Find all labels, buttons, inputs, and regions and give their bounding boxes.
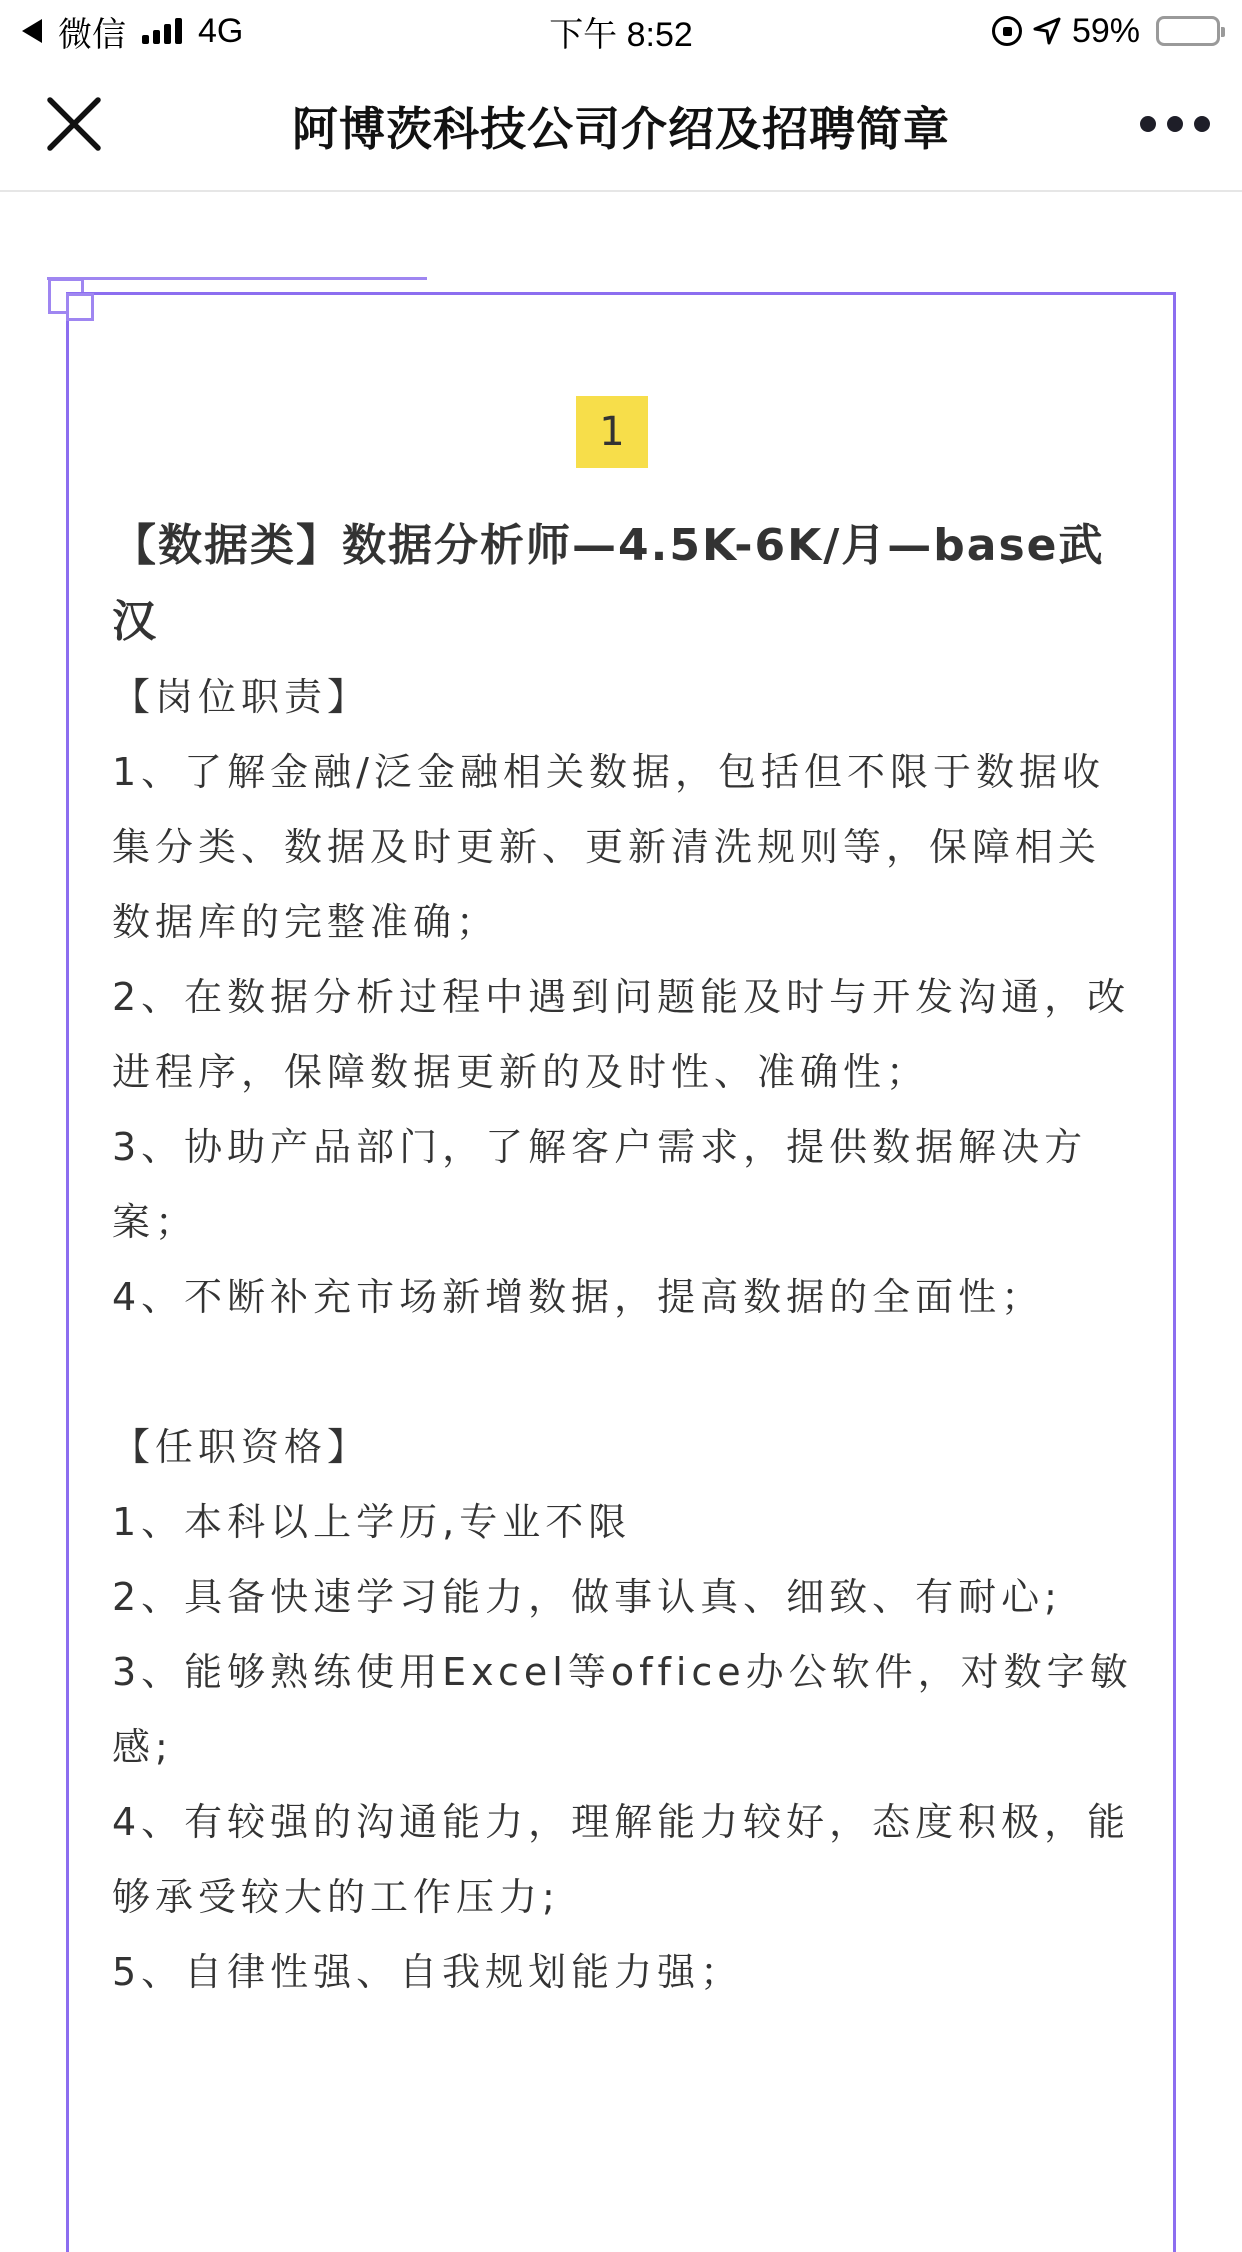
job-title: 【数据类】数据分析师—4.5K-6K/月—base武汉 — [112, 508, 1136, 660]
article-content: 【数据类】数据分析师—4.5K-6K/月—base武汉 【岗位职责】 1、了解金… — [112, 508, 1136, 2010]
responsibility-item: 2、在数据分析过程中遇到问题能及时与开发沟通，改进程序，保障数据更新的及时性、准… — [112, 960, 1136, 1110]
responsibility-item: 3、协助产品部门，了解客户需求，提供数据解决方案； — [112, 1110, 1136, 1260]
qualifications-heading: 【任职资格】 — [112, 1410, 1136, 1485]
qualification-item: 2、具备快速学习能力，做事认真、细致、有耐心; — [112, 1560, 1136, 1635]
more-options-icon[interactable] — [1140, 104, 1210, 144]
responsibilities-heading: 【岗位职责】 — [112, 660, 1136, 735]
close-icon[interactable] — [46, 96, 102, 152]
status-right: 59% — [992, 12, 1220, 51]
responsibility-item: 4、不断补充市场新增数据，提高数据的全面性； — [112, 1260, 1136, 1335]
signal-strength-icon — [142, 18, 182, 44]
nav-bar: 阿博茨科技公司介绍及招聘简章 — [0, 62, 1242, 192]
battery-icon — [1156, 16, 1220, 46]
network-type: 4G — [198, 12, 243, 51]
spacer — [112, 1335, 1136, 1410]
location-arrow-icon — [1032, 16, 1062, 46]
frame-decoration-line — [47, 277, 427, 280]
rotation-lock-icon — [992, 16, 1022, 46]
qualification-item: 3、能够熟练使用Excel等office办公软件，对数字敏感; — [112, 1635, 1136, 1785]
page-title: 阿博茨科技公司介绍及招聘简章 — [292, 93, 950, 159]
section-number-badge: 1 — [576, 396, 648, 468]
qualification-item: 5、自律性强、自我规划能力强； — [112, 1935, 1136, 2010]
status-left: 微信 4G — [22, 7, 243, 56]
responsibility-item: 1、了解金融/泛金融相关数据，包括但不限于数据收集分类、数据及时更新、更新清洗规… — [112, 735, 1136, 960]
back-app-label[interactable]: 微信 — [58, 7, 126, 56]
qualification-item: 4、有较强的沟通能力，理解能力较好，态度积极，能够承受较大的工作压力; — [112, 1785, 1136, 1935]
back-arrow-icon[interactable] — [22, 19, 42, 43]
qualification-item: 1、本科以上学历,专业不限 — [112, 1485, 1136, 1560]
status-bar: 微信 4G 下午 8:52 59% — [0, 0, 1242, 62]
frame-decoration-square — [66, 293, 94, 321]
battery-percent: 59% — [1072, 12, 1140, 51]
